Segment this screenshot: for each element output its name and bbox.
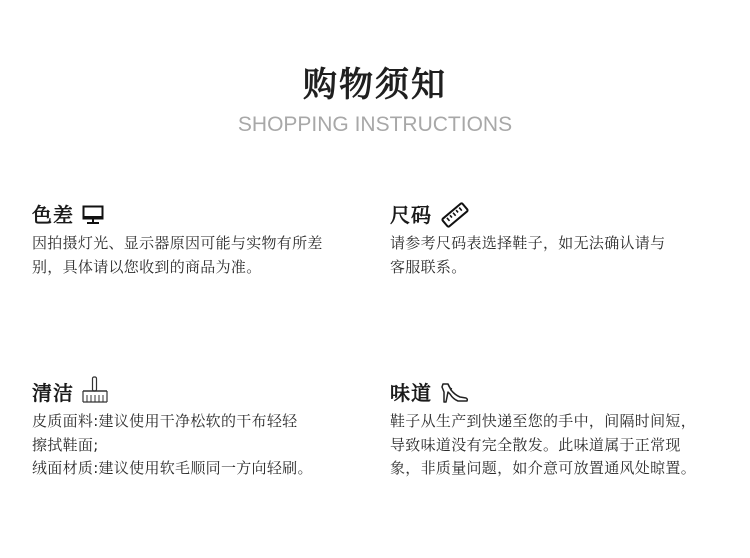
section-header: 尺码: [390, 200, 735, 230]
section-title: 味道: [390, 378, 432, 408]
section-body: 皮质面料:建议使用干净松软的干布轻轻 擦拭鞋面; 绒面材质:建议使用软毛顺同一方…: [32, 410, 377, 481]
section-text-line: 象，非质量问题，如介意可放置通风处晾置。: [390, 457, 735, 481]
section-size: 尺码 请参考尺码表选择鞋子，如无法确认请与 客服联系。: [390, 200, 735, 279]
section-body: 鞋子从生产到快递至您的手中，间隔时间短， 导致味道没有完全散发。此味道属于正常现…: [390, 410, 735, 481]
section-title: 尺码: [390, 200, 432, 230]
high-heel-shoe-icon: [440, 382, 470, 404]
section-text-line: 导致味道没有完全散发。此味道属于正常现: [390, 434, 735, 458]
section-text-line: 请参考尺码表选择鞋子，如无法确认请与: [390, 232, 735, 256]
page-subtitle: SHOPPING INSTRUCTIONS: [0, 112, 750, 138]
section-header: 清洁: [32, 378, 377, 408]
section-text-line: 鞋子从生产到快递至您的手中，间隔时间短，: [390, 410, 735, 434]
page-title: 购物须知: [0, 62, 750, 108]
section-smell: 味道 鞋子从生产到快递至您的手中，间隔时间短， 导致味道没有完全散发。此味道属于…: [390, 378, 735, 481]
ruler-icon: [440, 201, 470, 229]
section-text-line: 客服联系。: [390, 256, 735, 280]
section-color-difference: 色差 因拍摄灯光、显示器原因可能与实物有所差 别，具体请以您收到的商品为准。: [32, 200, 377, 279]
section-cleaning: 清洁 皮质面料:建议使用干净松软的干布轻轻 擦拭鞋面; 绒面材质:建议使用软毛顺…: [32, 378, 377, 481]
section-text-line: 绒面材质:建议使用软毛顺同一方向轻刷。: [32, 457, 377, 481]
section-header: 色差: [32, 200, 377, 230]
section-text-line: 皮质面料:建议使用干净松软的干布轻轻: [32, 410, 377, 434]
brush-icon: [82, 376, 108, 404]
section-text-line: 别，具体请以您收到的商品为准。: [32, 256, 377, 280]
section-text-line: 因拍摄灯光、显示器原因可能与实物有所差: [32, 232, 377, 256]
section-body: 因拍摄灯光、显示器原因可能与实物有所差 别，具体请以您收到的商品为准。: [32, 232, 377, 279]
section-text-line: 擦拭鞋面;: [32, 434, 377, 458]
section-title: 色差: [32, 200, 74, 230]
section-title: 清洁: [32, 378, 74, 408]
section-header: 味道: [390, 378, 735, 408]
section-body: 请参考尺码表选择鞋子，如无法确认请与 客服联系。: [390, 232, 735, 279]
monitor-icon: [82, 205, 104, 225]
